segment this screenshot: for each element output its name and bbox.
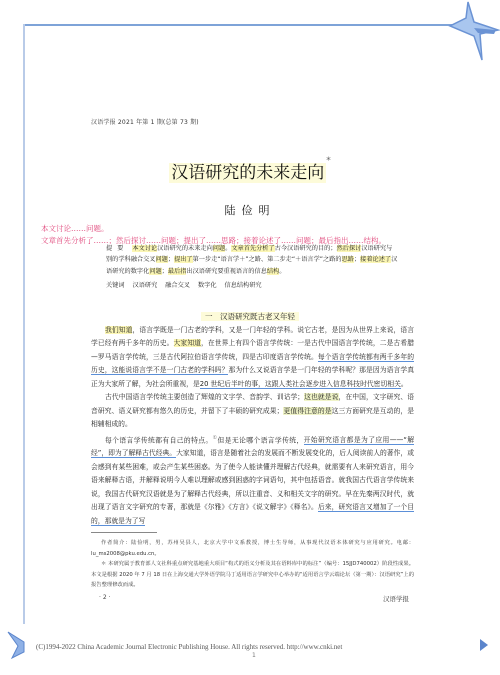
keyword-item: 数字化 — [198, 282, 217, 289]
abstract: 提要 本文讨论汉语研究的未来走向问题。文章首先分析了古今汉语研究的目的；然后探讨… — [106, 243, 398, 277]
section-heading: 一 汉语研究既古老又年轻 — [0, 311, 500, 322]
text-run: 。 — [401, 380, 408, 388]
highlighted-text: 提出了 — [174, 256, 193, 263]
text-run: 汉语研究的未来走向 — [157, 245, 213, 252]
text-run: 大家知道，语言是随着社会的发展而不断发展变化的，后人阅读前人的著作，或会感到有某… — [91, 449, 414, 511]
section-heading-text: 一 汉语研究既古老又年轻 — [201, 312, 299, 321]
highlighted-text: 结构 — [267, 268, 279, 275]
page-number: · 2 · — [99, 594, 110, 601]
author-name: 陆俭明 — [0, 202, 500, 218]
keywords: 关键词 汉语研究 融合交叉 数字化 信息结构研究 — [106, 280, 262, 289]
side-tab-icon[interactable] — [6, 630, 26, 660]
text-run: 每个语言学传统都有自己的特点。 — [105, 436, 213, 444]
page-frame-top-border — [23, 24, 453, 26]
article-title: 汉语研究的未来走向* — [0, 158, 500, 183]
footnote-funding: ＊ 本研究属于教育部人文社科重点研究基地重大项目“构式的语义分析及其在语料库中的… — [91, 559, 414, 591]
article-title-text: 汉语研究的未来走向 — [169, 163, 326, 183]
next-page-arrow-icon[interactable] — [479, 638, 489, 652]
page-mark: 1 — [252, 652, 256, 659]
page-frame-left-border — [23, 24, 25, 624]
keywords-label: 关键词 — [106, 282, 125, 289]
text-run: 但是无论哪个语言学传统， — [218, 436, 304, 444]
star-corner-icon[interactable] — [440, 0, 500, 62]
highlighted-text: 文章首先分析了 — [231, 245, 274, 252]
text-run: ； — [162, 268, 168, 275]
highlighted-text: 问题 — [213, 245, 225, 252]
text-run: 古代中国语言学传统主要创造了辉煌的文字学、音韵学、训诂学； — [105, 393, 304, 401]
highlighted-text: 最后指 — [168, 268, 187, 275]
highlighted-text: 我们知道 — [105, 326, 132, 334]
highlighted-text: 大家知道 — [174, 339, 202, 347]
highlighted-text: 本文讨论 — [132, 245, 157, 252]
highlighted-text: 思路 — [342, 256, 354, 263]
copyright-notice: (C)1994-2022 China Academic Journal Elec… — [36, 643, 342, 651]
highlighted-text: 接着论述了 — [360, 256, 391, 263]
highlighted-text: 更值得注意的是 — [283, 407, 331, 415]
highlighted-text: 这也就是说 — [304, 393, 338, 401]
underlined-text: 20 世纪后半叶的事，这跟人类社会逐步进入信息科技时代密切相关 — [200, 380, 401, 389]
highlighted-text: 问题 — [149, 268, 161, 275]
title-footnote-mark: * — [326, 156, 331, 166]
footnote-author-bio: 作者简介：陆俭明，男，苏州吴县人，北京大学中文系教授，博士生导师，从事现代汉语本… — [91, 538, 414, 559]
keyword-item: 汉语研究 — [133, 282, 158, 289]
running-head: 汉语学报 — [383, 594, 409, 603]
highlighted-text: 问题 — [156, 256, 168, 263]
keyword-item: 信息结构研究 — [225, 282, 262, 289]
text-run: 。 — [279, 268, 285, 275]
highlighted-text: 然后探讨 — [337, 245, 362, 252]
abstract-body: 本文讨论汉语研究的未来走向问题。文章首先分析了古今汉语研究的目的；然后探讨汉语研… — [106, 245, 397, 275]
keyword-item: 融合交叉 — [165, 282, 190, 289]
footnotes: 作者简介：陆俭明，男，苏州吴县人，北京大学中文系教授，博士生导师，从事现代汉语本… — [91, 538, 414, 591]
text-run: 古今汉语研究的目的； — [275, 245, 337, 252]
journal-issue-info: 汉语学报 2021 年第 1 期(总第 73 期) — [91, 117, 199, 126]
body-text: 我们知道，语言学既是一门古老的学科，又是一门年轻的学科。说它古老，是因为从世界上… — [91, 324, 414, 528]
text-run: 第一步走“语言学＋”之路、第二步走“＋语言学”之路的 — [193, 256, 342, 263]
body-paragraph: 古代中国语言学传统主要创造了辉煌的文字学、音韵学、训诂学；这也就是说，在中国，文… — [91, 391, 414, 431]
footnote-separator — [91, 532, 157, 533]
annotation-line-1: 本文讨论……问题。 — [41, 223, 109, 234]
body-paragraph: 每个语言学传统都有自己的特点。①但是无论哪个语言学传统，开始研究语言都是为了应用… — [91, 432, 414, 528]
text-run: 出汉语研究要重视语言的信息 — [186, 268, 266, 275]
abstract-label: 提要 — [106, 245, 128, 252]
body-paragraph: 我们知道，语言学既是一门古老的学科，又是一门年轻的学科。说它古老，是因为从世界上… — [91, 324, 414, 391]
